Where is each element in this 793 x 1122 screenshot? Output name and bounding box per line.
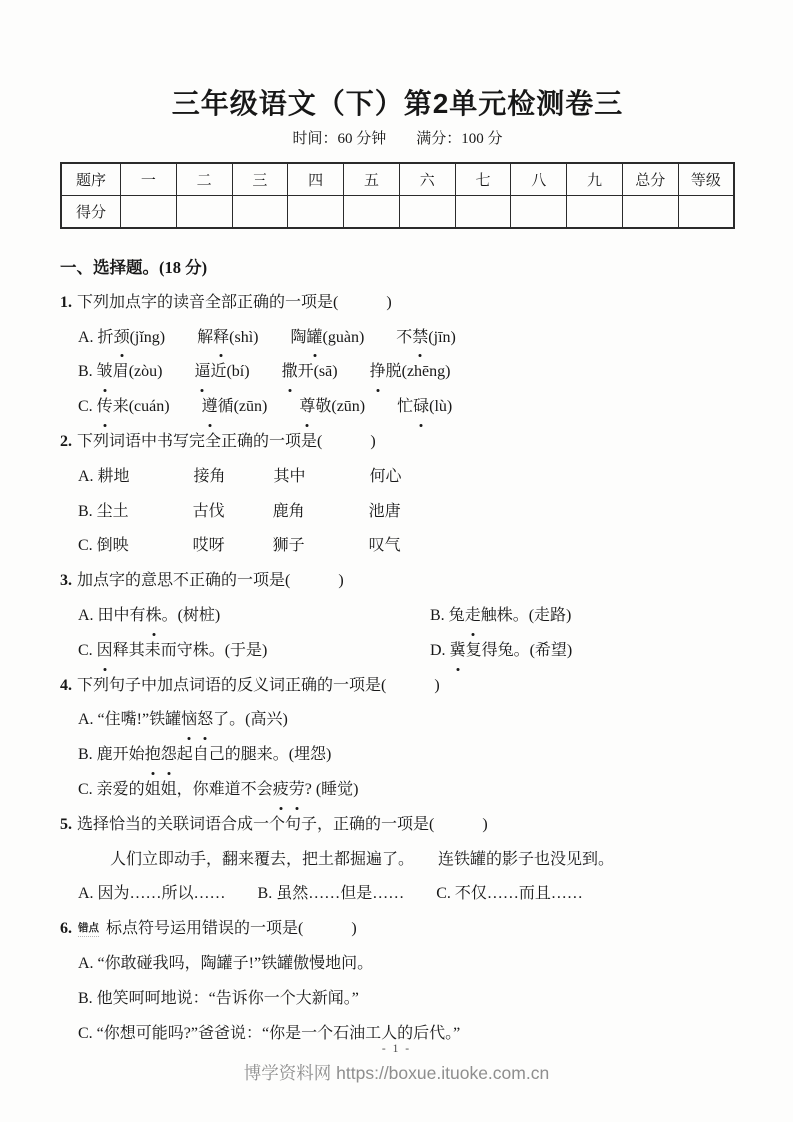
q4-option-b: B. 鹿开始抱怨起自己的腿来。(埋怨) <box>60 738 735 773</box>
score-table-cell: 四 <box>288 163 344 196</box>
emphasis-dot-char: 因 <box>97 634 113 669</box>
question-text: 选择恰当的关联词语合成一个句子，正确的一项是( ) <box>77 816 488 833</box>
emphasis-dot-char: 怒 <box>197 703 213 738</box>
emphasis-dot-char: 抱 <box>145 738 161 773</box>
score-blank-cell <box>622 196 678 229</box>
emphasis-dot-char: 释 <box>213 321 229 356</box>
q3-option-b: B. 兔走触株。(走路) <box>430 599 571 634</box>
emphasis-dot-char: 罐 <box>307 321 323 356</box>
question-3-stem: 3.加点字的意思不正确的一项是( ) <box>60 564 735 599</box>
score-table-cell: 题序 <box>61 163 121 196</box>
score-blank-cell <box>121 196 177 229</box>
score-blank-cell <box>399 196 455 229</box>
score-row-label: 得分 <box>61 196 121 229</box>
q2-option-a: A. 耕地 接角 其中 何心 <box>60 460 735 495</box>
emphasis-dot-char: 皱 <box>97 355 113 390</box>
q3-option-c: C. 因释其耒而守株。(于是) <box>78 634 430 669</box>
score-table-header-row: 题序 一 二 三 四 五 六 七 八 九 总分 等级 <box>61 163 734 196</box>
question-text: 下列加点字的读音全部正确的一项是( ) <box>77 294 392 311</box>
q3-options-row-2: C. 因释其耒而守株。(于是) D. 冀复得兔。(希望) <box>60 634 735 669</box>
footer-site-text: 博学资料网 https://boxue.ituoke.com.cn <box>0 1060 793 1085</box>
score-table: 题序 一 二 三 四 五 六 七 八 九 总分 等级 得分 <box>60 162 735 229</box>
section-1-heading: 一、选择题。(18 分) <box>60 251 735 286</box>
exam-body: 一、选择题。(18 分) 1.下列加点字的读音全部正确的一项是( ) A. 折颈… <box>60 251 735 1051</box>
score-table-cell: 总分 <box>622 163 678 196</box>
score-table-cell: 五 <box>344 163 400 196</box>
emphasis-dot-char: 逼 <box>194 355 210 390</box>
question-4-stem: 4.下列句子中加点词语的反义词正确的一项是( ) <box>60 669 735 704</box>
emphasis-dot-char: 遵 <box>202 390 218 425</box>
q1-option-a: A. 折颈(jǐng) 解释(shì) 陶罐(guàn) 不禁(jīn) <box>60 321 735 356</box>
question-6-stem: 6.错点标点符号运用错误的一项是( ) <box>60 912 735 947</box>
score-table-cell: 等级 <box>678 163 734 196</box>
question-number: 2. <box>60 433 72 450</box>
emphasis-dot-char: 株 <box>146 599 162 634</box>
q6-option-b: B. 他笑呵呵地说：“告诉你一个大新闻。” <box>60 982 735 1017</box>
emphasis-dot-char: 挣 <box>370 355 386 390</box>
question-1-stem: 1.下列加点字的读音全部正确的一项是( ) <box>60 286 735 321</box>
question-text: 加点字的意思不正确的一项是( ) <box>77 572 344 589</box>
question-2-stem: 2.下列词语中书写完全正确的一项是( ) <box>60 425 735 460</box>
score-table-cell: 一 <box>121 163 177 196</box>
score-table-cell: 六 <box>399 163 455 196</box>
question-text: 下列词语中书写完全正确的一项是( ) <box>77 433 376 450</box>
score-table-cell: 七 <box>455 163 511 196</box>
emphasis-dot-char: 冀 <box>450 634 466 669</box>
q5-options: A. 因为……所以…… B. 虽然……但是…… C. 不仅……而且…… <box>60 877 735 912</box>
score-blank-cell <box>288 196 344 229</box>
question-number: 3. <box>60 572 72 589</box>
q2-option-c: C. 倒映 哎呀 狮子 叹气 <box>60 529 735 564</box>
emphasis-dot-char: 疲 <box>273 773 289 808</box>
exam-page: 三年级语文（下）第2单元检测卷三 时间：60 分钟 满分：100 分 题序 一 … <box>0 0 793 1122</box>
question-text: 标点符号运用错误的一项是( ) <box>106 920 357 937</box>
question-5-stem: 5.选择恰当的关联词语合成一个句子，正确的一项是( ) <box>60 808 735 843</box>
emphasis-dot-char: 禁 <box>412 321 428 356</box>
score-table-cell: 八 <box>511 163 567 196</box>
score-blank-cell <box>511 196 567 229</box>
question-number: 6. <box>60 920 72 937</box>
question-text: 下列句子中加点词语的反义词正确的一项是( ) <box>77 677 440 694</box>
score-table-cell: 二 <box>176 163 232 196</box>
exam-meta: 时间：60 分钟 满分：100 分 <box>60 128 735 150</box>
question-number: 4. <box>60 677 72 694</box>
score-blank-cell <box>344 196 400 229</box>
score-blank-cell <box>455 196 511 229</box>
error-point-badge: 错点 <box>78 922 99 937</box>
q5-sentence: 人们立即动手，翻来覆去，把土都掘遍了。 连铁罐的影子也没见到。 <box>60 843 735 878</box>
emphasis-dot-char: 传 <box>97 390 113 425</box>
score-blank-cell <box>678 196 734 229</box>
footer-page-number: - 1 - <box>0 1043 793 1055</box>
question-number: 5. <box>60 816 72 833</box>
score-table-score-row: 得分 <box>61 196 734 229</box>
question-number: 1. <box>60 294 72 311</box>
q4-option-c: C. 亲爱的姐姐，你难道不会疲劳? (睡觉) <box>60 773 735 808</box>
q4-option-a: A. “住嘴!”铁罐恼怒了。(高兴) <box>60 703 735 738</box>
emphasis-dot-char: 怨 <box>161 738 177 773</box>
score-blank-cell <box>176 196 232 229</box>
page-title: 三年级语文（下）第2单元检测卷三 <box>60 88 735 120</box>
score-blank-cell <box>232 196 288 229</box>
q2-option-b: B. 尘土 古伐 鹿角 池唐 <box>60 495 735 530</box>
emphasis-dot-char: 走 <box>465 599 481 634</box>
emphasis-dot-char: 颈 <box>114 321 130 356</box>
q1-option-b: B. 皱眉(zòu) 逼近(bí) 撒开(sā) 挣脱(zhēng) <box>60 355 735 390</box>
q3-options-row-1: A. 田中有株。(树桩) B. 兔走触株。(走路) <box>60 599 735 634</box>
q3-option-a: A. 田中有株。(树桩) <box>78 599 430 634</box>
emphasis-dot-char: 撒 <box>282 355 298 390</box>
q3-option-d: D. 冀复得兔。(希望) <box>430 634 572 669</box>
emphasis-dot-char: 劳 <box>289 773 305 808</box>
emphasis-dot-char: 尊 <box>299 390 315 425</box>
q1-option-c: C. 传来(cuán) 遵循(zūn) 尊敬(zūn) 忙碌(lù) <box>60 390 735 425</box>
emphasis-dot-char: 恼 <box>181 703 197 738</box>
score-table-cell: 九 <box>567 163 623 196</box>
score-blank-cell <box>567 196 623 229</box>
emphasis-dot-char: 碌 <box>413 390 429 425</box>
q6-option-a: A. “你敢碰我吗，陶罐子!”铁罐傲慢地问。 <box>60 947 735 982</box>
score-table-cell: 三 <box>232 163 288 196</box>
